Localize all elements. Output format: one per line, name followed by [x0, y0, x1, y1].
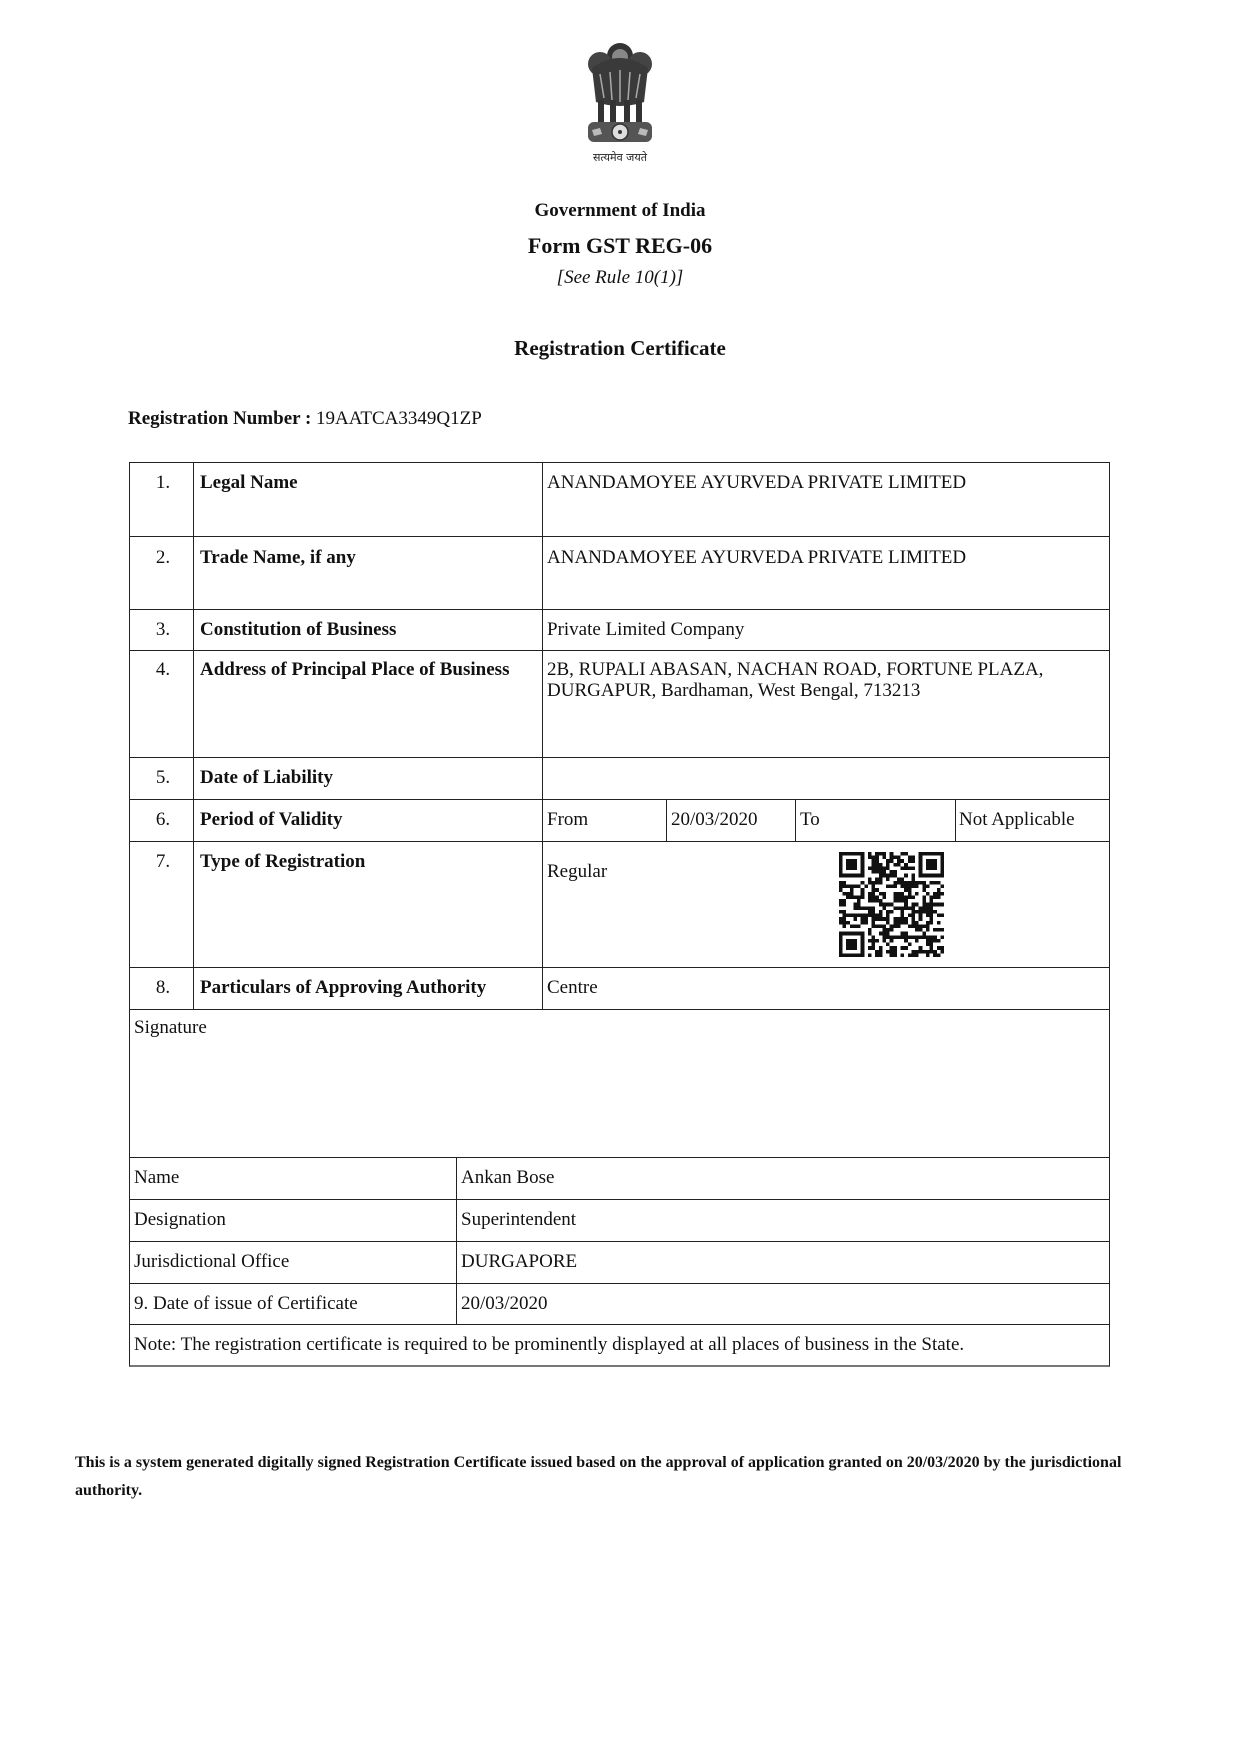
table-row: 3. Constitution of Business Private Limi… — [129, 609, 1110, 650]
row-label: Period of Validity — [193, 800, 542, 841]
registration-number: Registration Number : 19AATCA3349Q1ZP — [128, 408, 482, 430]
table-row: 8. Particulars of Approving Authority Ce… — [129, 967, 1110, 1009]
registration-type-value: Regular — [542, 842, 1110, 967]
validity-to-value: Not Applicable — [955, 800, 1110, 841]
signature-block: Signature — [129, 1009, 1110, 1157]
row-label: Address of Principal Place of Business — [193, 651, 542, 757]
table-row: Jurisdictional Office DURGAPORE — [129, 1241, 1110, 1283]
note-row: Note: The registration certificate is re… — [129, 1324, 1110, 1367]
digital-signature-statement: This is a system generated digitally sig… — [75, 1449, 1175, 1505]
officer-name-label: Name — [129, 1158, 456, 1199]
row-label: Constitution of Business — [193, 610, 542, 650]
row-number: 6. — [129, 800, 193, 841]
date-of-liability-value — [542, 758, 1110, 799]
table-row: 6. Period of Validity From 20/03/2020 To… — [129, 799, 1110, 841]
designation-label: Designation — [129, 1200, 456, 1241]
signature-label: Signature — [129, 1010, 1110, 1157]
validity-from-label: From — [542, 800, 666, 841]
table-row: 4. Address of Principal Place of Busines… — [129, 650, 1110, 757]
form-title: Form GST REG-06 — [0, 233, 1240, 259]
table-row: Designation Superintendent — [129, 1199, 1110, 1241]
row-label: Particulars of Approving Authority — [193, 968, 542, 1009]
approving-authority-value: Centre — [542, 968, 1110, 1009]
display-note: Note: The registration certificate is re… — [129, 1325, 1110, 1367]
officer-name-value: Ankan Bose — [456, 1158, 1110, 1199]
row-number: 8. — [129, 968, 193, 1009]
jurisdictional-office-value: DURGAPORE — [456, 1242, 1110, 1283]
table-row: 2. Trade Name, if any ANANDAMOYEE AYURVE… — [129, 536, 1110, 609]
table-row: 7. Type of Registration Regular — [129, 841, 1110, 967]
row-number: 3. — [129, 610, 193, 650]
row-label: Legal Name — [193, 462, 542, 536]
row-label: Type of Registration — [193, 842, 542, 967]
row-number: 7. — [129, 842, 193, 967]
table-row: Name Ankan Bose — [129, 1157, 1110, 1199]
row-number: 4. — [129, 651, 193, 757]
registration-number-value: 19AATCA3349Q1ZP — [316, 408, 482, 429]
row-number: 1. — [129, 462, 193, 536]
issue-date-value: 20/03/2020 — [456, 1284, 1110, 1324]
designation-value: Superintendent — [456, 1200, 1110, 1241]
issue-date-label: 9. Date of issue of Certificate — [129, 1284, 456, 1324]
row-number: 5. — [129, 758, 193, 799]
jurisdictional-office-label: Jurisdictional Office — [129, 1242, 456, 1283]
legal-name-value: ANANDAMOYEE AYURVEDA PRIVATE LIMITED — [542, 462, 1110, 536]
validity-to-label: To — [795, 800, 955, 841]
rule-reference: [See Rule 10(1)] — [0, 267, 1240, 289]
table-row: 5. Date of Liability — [129, 757, 1110, 799]
table-row: 1. Legal Name ANANDAMOYEE AYURVEDA PRIVA… — [129, 462, 1110, 536]
table-row: 9. Date of issue of Certificate 20/03/20… — [129, 1283, 1110, 1324]
government-heading: Government of India — [0, 200, 1240, 222]
certificate-title: Registration Certificate — [0, 336, 1240, 361]
constitution-value: Private Limited Company — [542, 610, 1110, 650]
row-label: Trade Name, if any — [193, 537, 542, 609]
row-number: 2. — [129, 537, 193, 609]
address-value: 2B, RUPALI ABASAN, NACHAN ROAD, FORTUNE … — [542, 651, 1110, 757]
validity-from-date: 20/03/2020 — [666, 800, 795, 841]
qr-code-icon — [839, 852, 944, 957]
registration-number-label: Registration Number : — [128, 408, 311, 429]
trade-name-value: ANANDAMOYEE AYURVEDA PRIVATE LIMITED — [542, 537, 1110, 609]
row-label: Date of Liability — [193, 758, 542, 799]
emblem-motto: सत्यमेव जयते — [560, 150, 680, 165]
